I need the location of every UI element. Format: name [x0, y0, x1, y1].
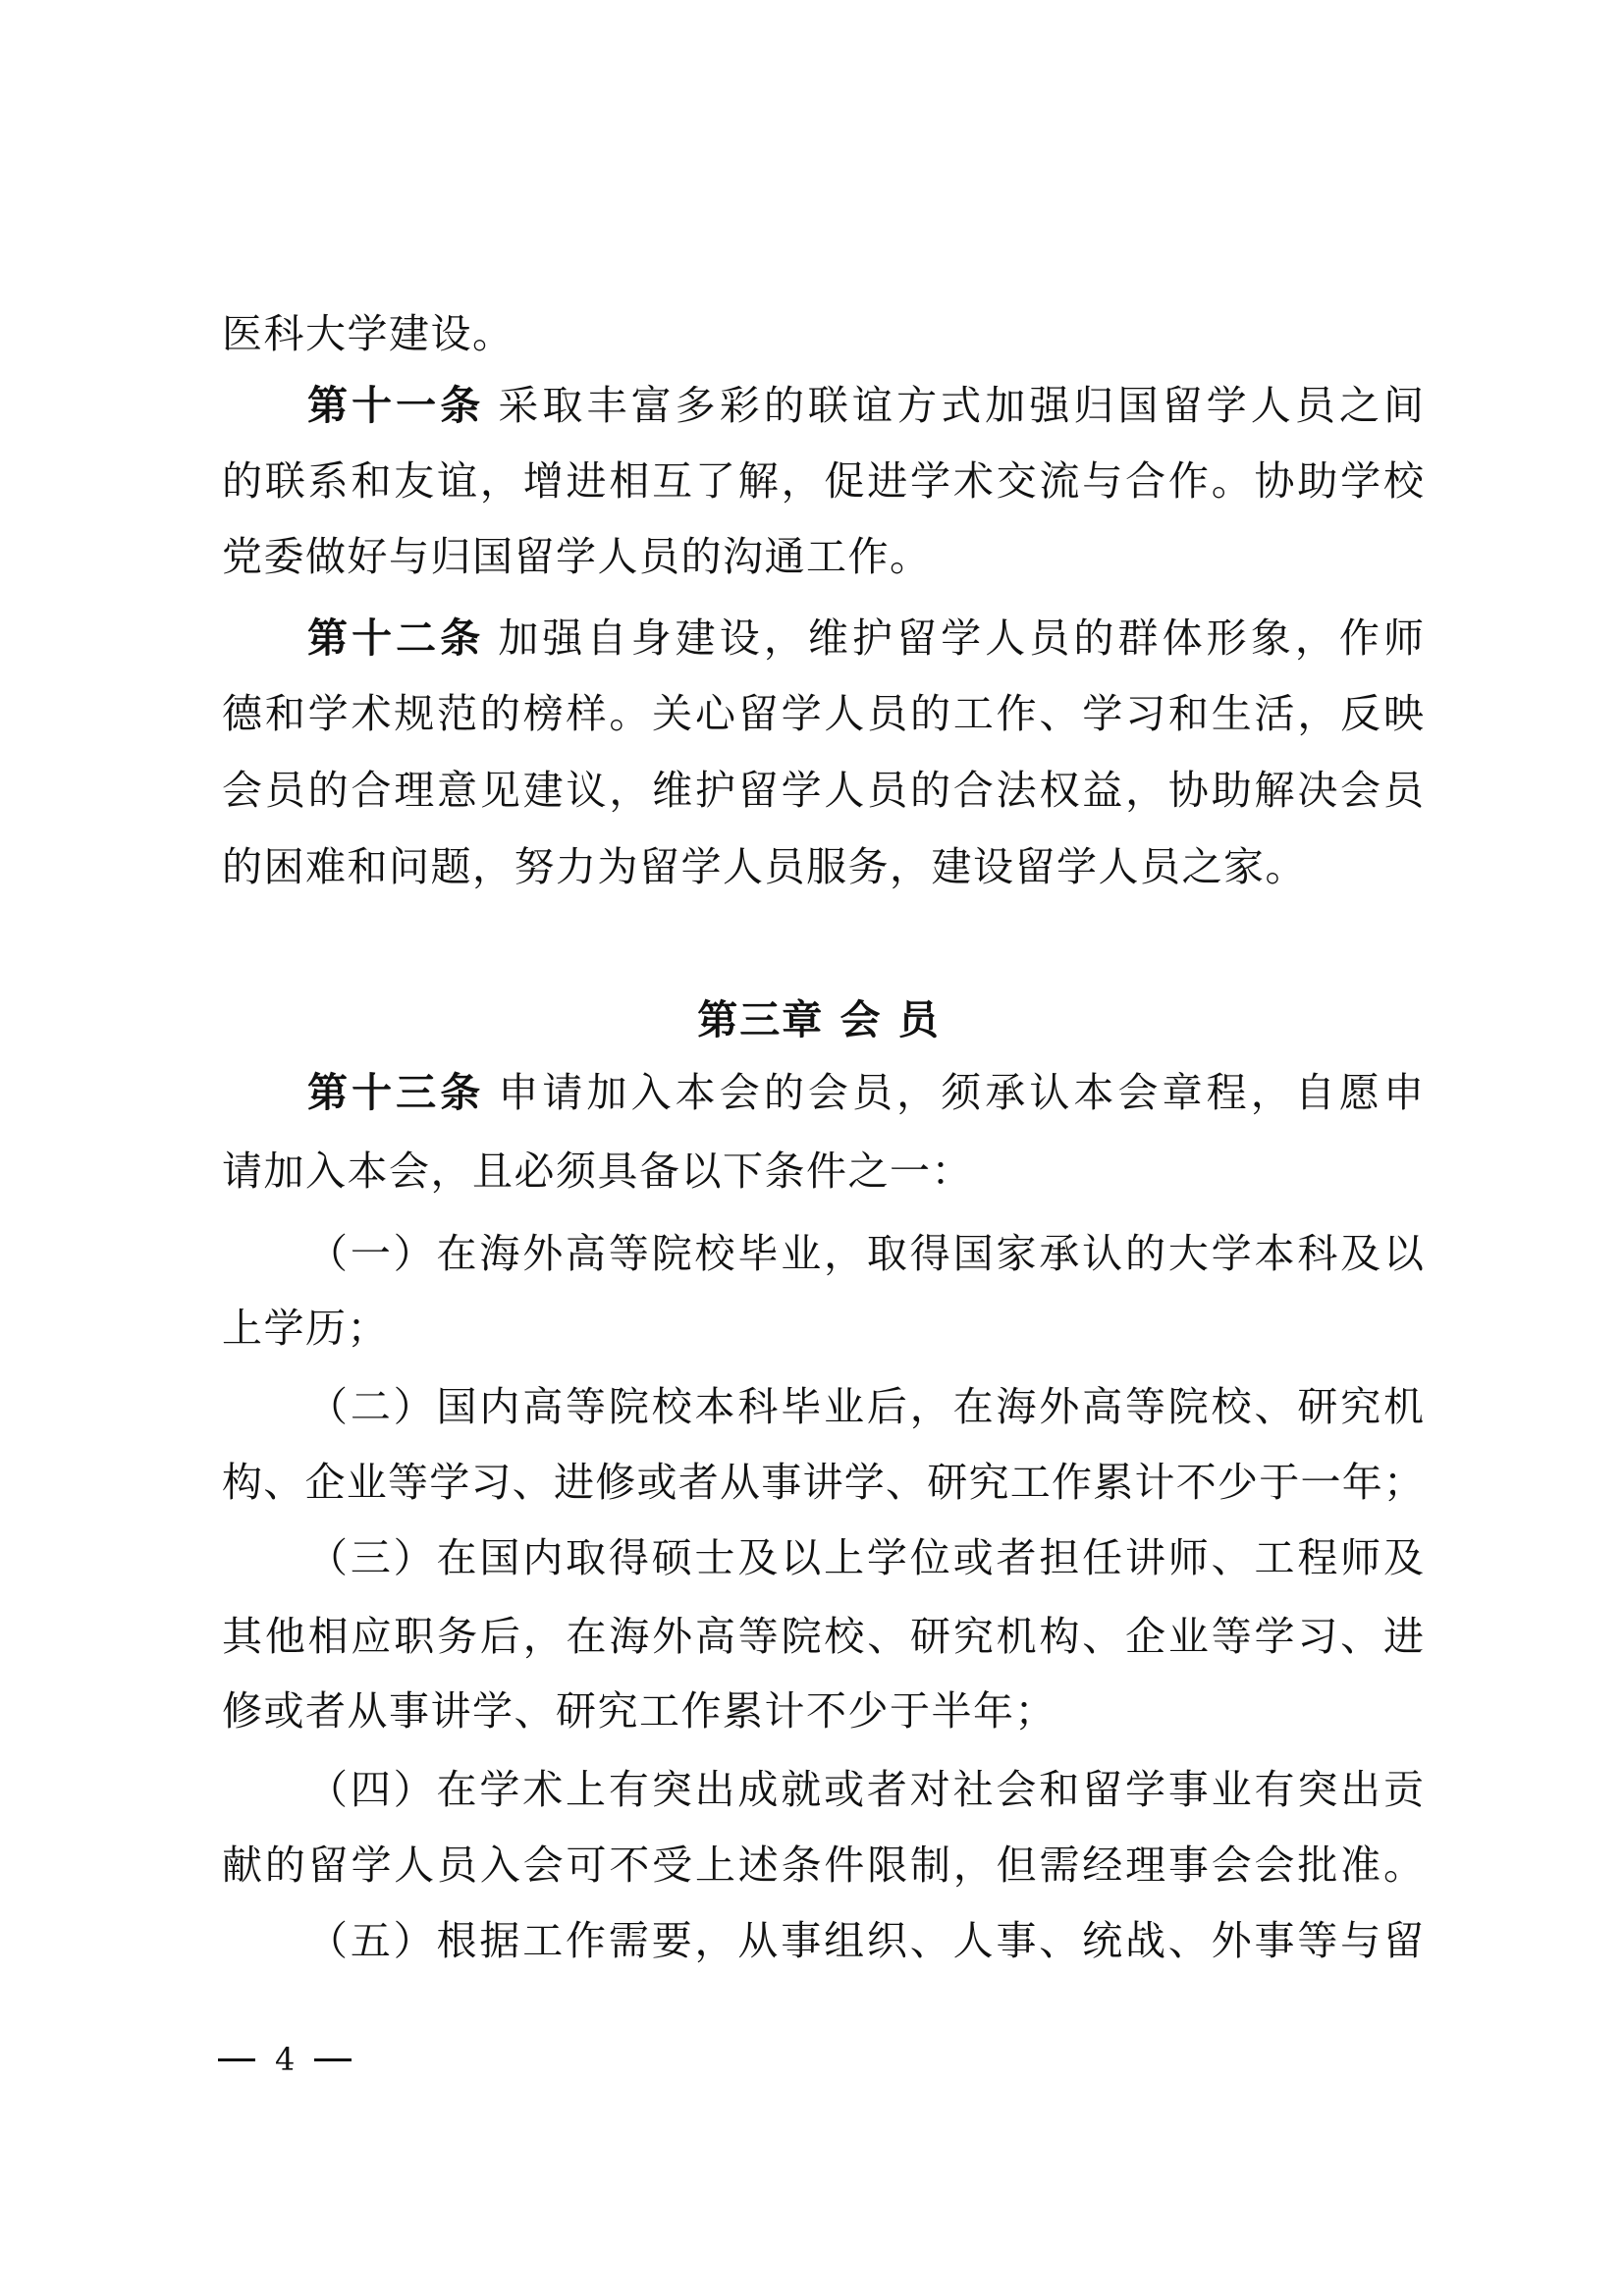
paragraph-line: 党委做好与归国留学人员的沟通工作。 — [222, 532, 1424, 581]
page-footer: 4 — [218, 2042, 352, 2077]
paragraph-line: 会员的合理意见建议，维护留学人员的合法权益，协助解决会员 — [222, 766, 1424, 815]
paragraph-line: 构、企业等学习、进修或者从事讲学、研究工作累计不少于一年； — [222, 1458, 1424, 1507]
condition-2-first-line: （二）国内高等院校本科毕业后，在海外高等院校、研究机 — [222, 1382, 1424, 1431]
article-12-first-line: 第十二条加强自身建设，维护留学人员的群体形象，作师 — [222, 614, 1424, 663]
condition-1-first-line: （一）在海外高等院校毕业，取得国家承认的大学本科及以 — [222, 1229, 1424, 1278]
article-11-first-line: 第十一条采取丰富多彩的联谊方式加强归国留学人员之间 — [222, 381, 1424, 430]
paragraph-line: 上学历； — [222, 1304, 1424, 1353]
paragraph-line: 的联系和友谊，增进相互了解，促进学术交流与合作。协助学校 — [222, 456, 1424, 506]
article-12-text: 加强自身建设，维护留学人员的群体形象，作师 — [498, 614, 1424, 662]
article-11-text: 采取丰富多彩的联谊方式加强归国留学人员之间 — [498, 382, 1424, 429]
page-number: 4 — [275, 2042, 295, 2077]
dash-left-decoration — [218, 2058, 255, 2061]
article-13-label: 第十三条 — [307, 1069, 484, 1116]
paragraph-line: 德和学术规范的榜样。关心留学人员的工作、学习和生活，反映 — [222, 689, 1424, 738]
paragraph-line: 请加入本会，且必须具备以下条件之一： — [222, 1147, 1424, 1196]
dash-right-decoration — [314, 2058, 352, 2061]
paragraph-line: 医科大学建设。 — [222, 309, 1424, 358]
paragraph-line: 的困难和问题，努力为留学人员服务，建设留学人员之家。 — [222, 842, 1424, 891]
article-13-first-line: 第十三条申请加入本会的会员，须承认本会章程，自愿申 — [222, 1068, 1424, 1117]
paragraph-line: 其他相应职务后，在海外高等院校、研究机构、企业等学习、进 — [222, 1612, 1424, 1661]
paragraph-line: 修或者从事讲学、研究工作累计不少于半年； — [222, 1686, 1424, 1735]
article-11-label: 第十一条 — [307, 382, 484, 429]
article-12-label: 第十二条 — [307, 614, 484, 662]
article-13-text: 申请加入本会的会员，须承认本会章程，自愿申 — [498, 1069, 1424, 1116]
condition-4-first-line: （四）在学术上有突出成就或者对社会和留学事业有突出贡 — [222, 1765, 1424, 1814]
condition-3-first-line: （三）在国内取得硕士及以上学位或者担任讲师、工程师及 — [222, 1533, 1424, 1582]
paragraph-line: 献的留学人员入会可不受上述条件限制，但需经理事会会批准。 — [222, 1841, 1424, 1890]
condition-5-first-line: （五）根据工作需要，从事组织、人事、统战、外事等与留 — [222, 1916, 1424, 1965]
chapter-heading: 第三章 会 员 — [0, 995, 1624, 1044]
document-page: 医科大学建设。 第十一条采取丰富多彩的联谊方式加强归国留学人员之间 的联系和友谊… — [0, 0, 1624, 2296]
